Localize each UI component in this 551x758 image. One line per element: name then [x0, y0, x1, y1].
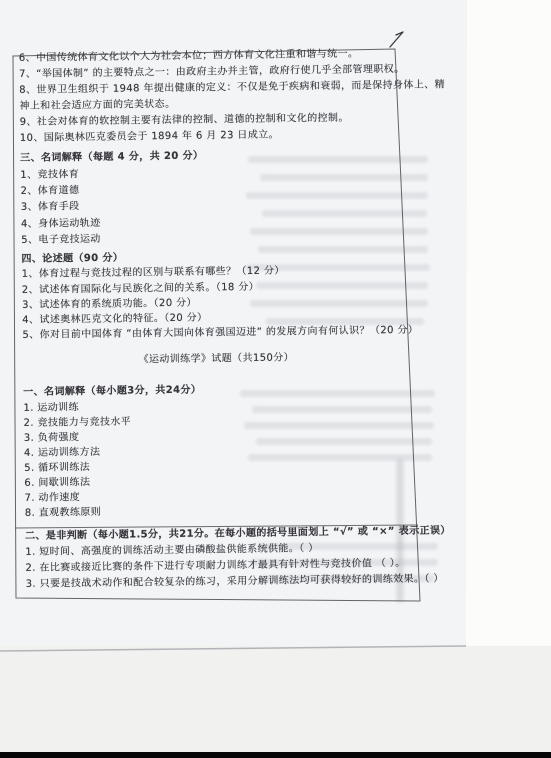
part2-section1-heading: 一、名词解释（每小题3分，共24分） [23, 385, 201, 398]
part2-section2-item: 2. 在比赛或接近比赛的条件下进行专项耐力训练才最具有针对性与竞技价值 （ ）。 [25, 558, 405, 574]
section3-item: 1、竞技体育 [20, 169, 79, 181]
statement-7: 7、“举国体制” 的主要特点之一：由政府主办并主管，政府行使几乎全部管理职权。 [19, 64, 405, 80]
part2-section1-item: 3. 负荷强度 [24, 432, 80, 444]
statement-9: 9、社会对体育的软控制主要有法律的控制、道德的控制和文化的控制。 [20, 113, 349, 128]
statement-10: 10、国际奥林匹克委员会于 1894 年 6 月 23 日成立。 [20, 130, 279, 144]
part2-section1-item: 8. 直观教练原则 [25, 507, 101, 519]
part2-section1-item: 7. 动作速度 [25, 492, 81, 504]
section3-item: 3、体育手段 [21, 201, 80, 213]
section4-item: 2、试述体育国际化与民族化之间的关系。（18 分） [22, 282, 259, 296]
exam-text: 6、中国传统体育文化以个人为社会本位；西方体育文化注重和谐与统一。 7、“举国体… [0, 0, 551, 758]
section4-heading: 四、论述题（90 分） [21, 253, 123, 265]
section4-item: 5、你对目前中国体育 “由体育大国向体育强国迈进” 的发展方向有何认识？（20 … [22, 325, 418, 341]
section3-item: 4、身体运动轨迹 [21, 218, 101, 230]
section4-item: 4、试述奥林匹克文化的特征。（20 分） [22, 312, 207, 325]
part2-section1-item: 6. 间歇训练法 [24, 477, 90, 489]
statement-8: 8、世界卫生组织于 1948 年提出健康的定义：不仅是免于疾病和衰弱，而是保持身… [19, 79, 445, 96]
part2-title: 《运动训练学》试题（共150分） [14, 351, 419, 367]
part2-section1-item: 2. 竞技能力与竞技水平 [24, 416, 132, 428]
section4-item: 1、体育过程与竞技过程的区别与联系有哪些？（12 分） [22, 265, 285, 279]
section3-item: 5、电子竞技运动 [21, 234, 101, 246]
section4-item: 3、试述体育的系统质功能。（20 分） [22, 298, 197, 311]
section3-heading: 三、名词解释（每题 4 分，共 20 分） [20, 151, 203, 164]
statement-8-wrap: 神上和社会适应方面的完美状态。 [19, 99, 175, 112]
part2-section2-item: 3. 只要是技战术动作和配合较复杂的练习，采用分解训练法均可获得较好的训练效果。… [26, 573, 444, 589]
section3-item: 2、体育道德 [21, 185, 80, 197]
part2-section1-item: 4. 运动训练方法 [24, 447, 100, 459]
scanned-exam-page: 6、中国传统体育文化以个人为社会本位；西方体育文化注重和谐与统一。 7、“举国体… [0, 0, 551, 758]
statement-6: 6、中国传统体育文化以个人为社会本位；西方体育文化注重和谐与统一。 [19, 48, 359, 63]
part2-section1-item: 1. 运动训练 [23, 402, 79, 414]
part2-section2-heading: 二、是非判断（每小题1.5分，共21分。在每小题的括号里面划上 “√” 或 “×… [25, 525, 451, 542]
part2-section2-item: 1. 短时间、高强度的训练活动主要由磷酸盐供能系统供能。（ ） [25, 543, 318, 558]
part2-section1-item: 5. 循环训练法 [24, 462, 90, 474]
